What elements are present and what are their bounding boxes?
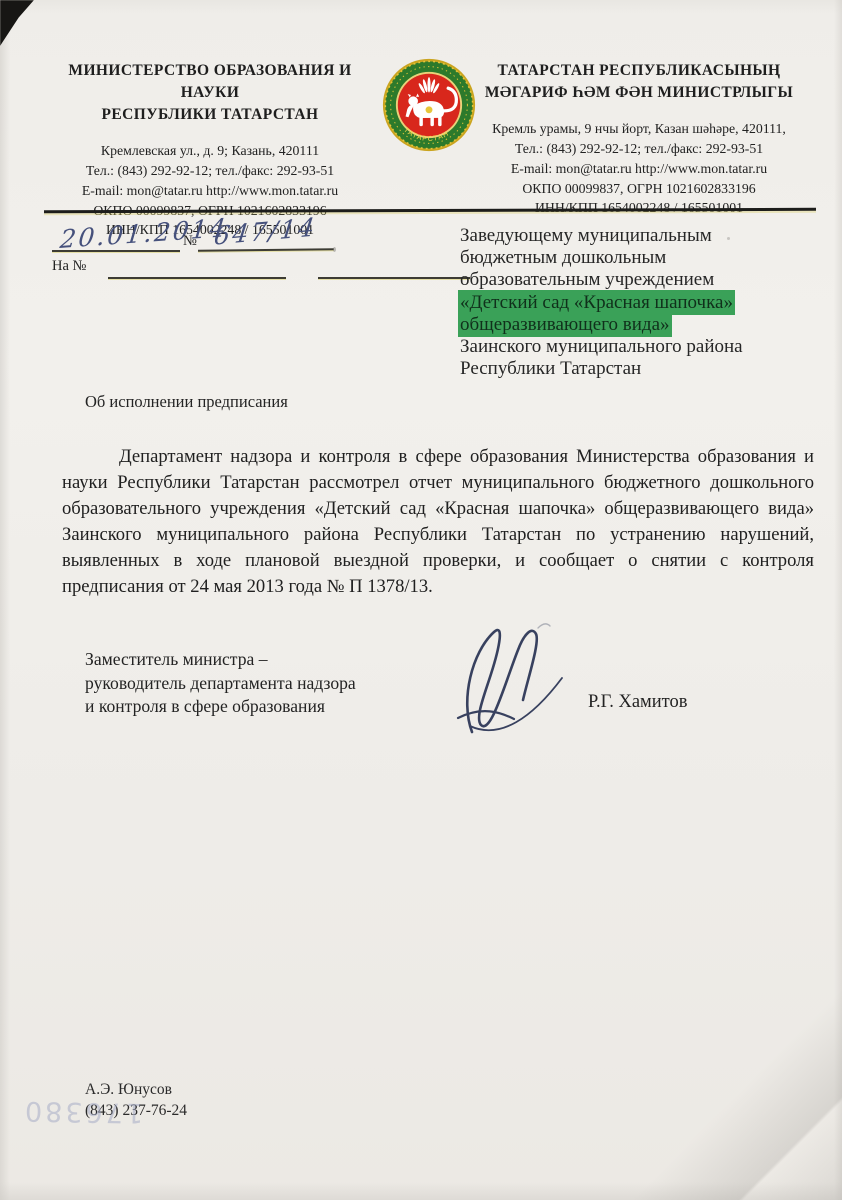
scan-speck (727, 237, 730, 240)
phone-tt: Тел.: (843) 292-92-12; тел./факс: 292-93… (462, 139, 816, 159)
address-tt: Кремль урамы, 9 нчы йорт, Казан шәһәре, … (462, 119, 816, 139)
addressee-line: Заинского муниципального района (460, 336, 778, 358)
ministry-name-ru-line1: МИНИСТЕРСТВО ОБРАЗОВАНИЯ И НАУКИ (46, 60, 374, 104)
email-ru: E-mail: mon@tatar.ru http://www.mon.tata… (46, 181, 374, 201)
reply-number-underline (108, 277, 286, 279)
signatory-name: Р.Г. Хамитов (588, 692, 687, 713)
signatory-position-block: Заместитель министра – руководитель депа… (85, 648, 356, 719)
letter-body-paragraph: Департамент надзора и контроля в сфере о… (62, 444, 814, 599)
letterhead-russian: МИНИСТЕРСТВО ОБРАЗОВАНИЯ И НАУКИ РЕСПУБЛ… (46, 60, 374, 240)
addressee-line: образовательным учреждением (460, 269, 778, 291)
address-ru: Кремлевская ул., д. 9; Казань, 420111 (46, 141, 374, 161)
scan-corner-artifact (0, 0, 34, 46)
addressee-line-highlighted: «Детский сад «Красная шапочка» (460, 292, 778, 314)
contact-block-tt: Кремль урамы, 9 нчы йорт, Казан шәһәре, … (462, 119, 816, 218)
scanned-letter-page: МИНИСТЕРСТВО ОБРАЗОВАНИЯ И НАУКИ РЕСПУБЛ… (0, 0, 842, 1200)
email-tt: E-mail: mon@tatar.ru http://www.mon.tata… (462, 159, 816, 179)
addressee-line-highlighted: общеразвивающего вида» (460, 314, 778, 336)
reply-date-underline (318, 277, 470, 279)
addressee-line: бюджетным дошкольным (460, 247, 778, 269)
position-line: руководитель департамента надзора (85, 672, 356, 696)
ministry-name-tt-line2: МӘГАРИФ ҺӘМ ФӘН МИНИСТРЛЫГЫ (462, 82, 816, 104)
addressee-block: Заведующему муниципальным бюджетным дошк… (460, 225, 778, 380)
phone-ru: Тел.: (843) 292-92-12; тел./факс: 292-93… (46, 161, 374, 181)
scan-speck (333, 247, 336, 252)
number-sign-label: № (183, 233, 197, 250)
scan-crease (602, 970, 842, 1200)
addressee-line: Заведующему муниципальным (460, 225, 778, 247)
reply-to-label: На № (52, 258, 86, 275)
position-line: Заместитель министра – (85, 648, 356, 672)
ministry-name-ru-line2: РЕСПУБЛИКИ ТАТАРСТАН (46, 104, 374, 126)
number-underline (198, 248, 334, 251)
ministry-name-tt-line1: ТАТАРСТАН РЕСПУБЛИКАСЫНЫҢ (462, 60, 816, 82)
date-underline (52, 250, 180, 252)
letterhead-tatar: ТАТАРСТАН РЕСПУБЛИКАСЫНЫҢ МӘГАРИФ ҺӘМ ФӘ… (462, 60, 816, 218)
addressee-line: Республики Татарстан (460, 358, 778, 380)
position-line: и контроля в сфере образования (85, 695, 356, 719)
bleed-through-stamp-number: 176380 (22, 1095, 144, 1128)
subject-line: Об исполнении предписания (85, 392, 288, 412)
handwritten-signature (438, 620, 578, 745)
okpo-ogrn-tt: ОКПО 00099837, ОГРН 1021602833196 (462, 179, 816, 199)
